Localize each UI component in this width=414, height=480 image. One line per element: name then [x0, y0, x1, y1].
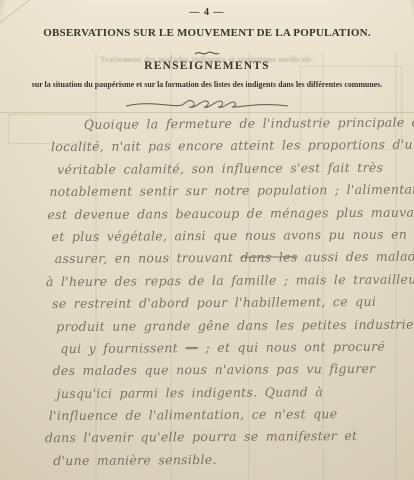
handwriting-line: notablement sentir sur notre population … — [0, 179, 413, 204]
handwriting-line: localité, n'ait pas encore atteint les p… — [0, 134, 413, 159]
handwriting-line: se restreint d'abord pour l'habillement,… — [0, 291, 414, 316]
handwriting-line: produit une grande gêne dans les petites… — [0, 313, 414, 338]
scanned-document-page: Traitement des malades indigents et stat… — [0, 0, 414, 480]
handwriting-line: assurer, en nous trouvant dans les aussi… — [0, 246, 414, 271]
handwriting-line: l'influence de l'alimentation, ce n'est … — [1, 403, 414, 428]
handwriting-line: dans l'avenir qu'elle pourra se manifest… — [1, 425, 414, 450]
handwriting-line: qui y fournissent — ; et qui nous ont pr… — [0, 335, 414, 360]
squiggle-divider-icon — [194, 49, 220, 57]
struck-text: — — [185, 340, 198, 355]
handwriting-line: est devenue dans beaucoup de ménages plu… — [0, 201, 414, 226]
section-title: RENSEIGNEMENTS — [0, 60, 414, 72]
handwriting-line: à l'heure des repas de la famille ; mais… — [0, 268, 414, 293]
section-subtitle: sur la situation du paupérisme et sur la… — [0, 80, 414, 89]
handwriting-line: d'une manière sensible. — [1, 447, 414, 472]
handwriting-line: des malades que nous n'avions pas vu fig… — [0, 358, 414, 383]
handwriting-line: jusqu'ici parmi les indigents. Quand à — [1, 380, 414, 405]
running-header: OBSERVATIONS SUR LE MOUVEMENT DE LA POPU… — [0, 27, 414, 39]
handwriting-line: véritable calamité, son influence s'est … — [0, 156, 413, 181]
calligraphic-flourish-icon — [122, 96, 292, 112]
handwriting-block: Quoique la fermeture de l'industrie prin… — [0, 112, 414, 473]
page-number: — 4 — — [0, 7, 414, 18]
handwriting-line: Quoique la fermeture de l'industrie prin… — [0, 112, 413, 137]
struck-text: dans les — [240, 250, 297, 265]
handwriting-line: et plus végétale, ainsi que nous avons p… — [0, 224, 414, 249]
